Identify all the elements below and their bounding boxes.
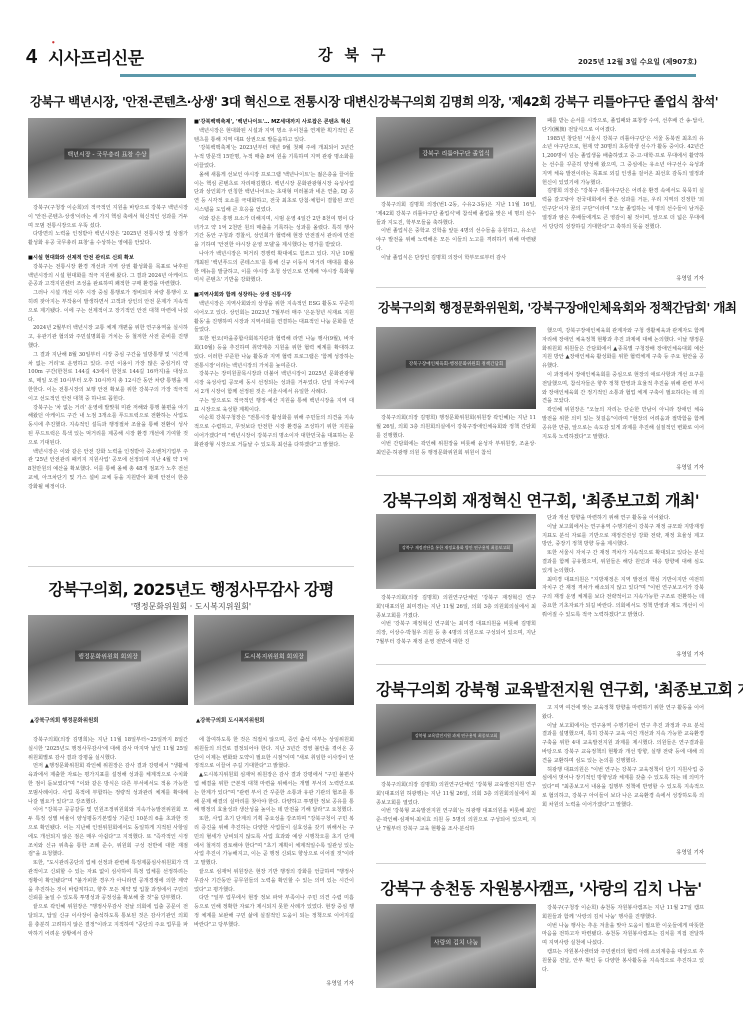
paragraph: 이날 보고회에서는 연구용역 수행기관이 연구 추진 과정과 주요 분석결과를 … [542,722,704,766]
photo-label: 행정문화위원회 회의장 [75,650,141,661]
article-disability-sports-col1: 강북구의회(의장 김명희) 행정문화위원회(위원장 곽인혜)는 지난 11월 2… [376,414,536,458]
paragraph: 캠프는 자원봉사센터와 주민센터의 협력 아래 소외계층을 대상으로 후원물품 … [542,948,704,974]
paragraph: '강북백맥축제'는 2023년부터 매년 9월 첫째 주에 개최되어 3년간 누… [194,144,354,170]
headline-education-research: 강북구의회 강북형 교육발전지원 연구회, '최종보고회 개최' [376,677,706,700]
paragraph: 강북구(구청장 이순희)의 적극적인 지원을 바탕으로 강북구 백년시장이 '안… [28,204,188,230]
photo-admin-culture-committee: 행정문화위원회 회의장 [28,615,188,705]
paragraph: 에 참여하도록 한 것은 적절치 않으며, 증인 출석 여부는 상임위원회 위원… [194,736,354,771]
paragraph: ▲도시복지위원회 심재억 위원장은 감사 결과 강평에서 "구민 불편사업 해결… [194,771,354,815]
paragraph: 곽인혜 위원장은 "오늘의 자리는 단순한 만남이 아니라 장애인 체육 발전을… [542,406,704,441]
photo-label: 백년시장 - 국무총리 표창 수상 [64,149,149,160]
paragraph: 허광행 대표의원은 "이번 연구는 강북구 교육정책이 단기 지원사업 중심에서… [542,766,704,810]
paragraph: 단과 개선 방향을 마련하기 위해 연구 활동을 이어왔다. [542,514,704,523]
paragraph: 백년시장은 이와 같은 안전 강화 노력을 인정받아 중소벤처기업부 주관 '2… [28,448,188,492]
article-market-col2: ■'강북백맥축제', '백년나이트'… MZ세대까지 사로잡은 콘텐츠 혁신 백… [194,118,354,449]
paragraph: 올해 새롭게 선보인 야시장 프로그램 '백년나이트'는 젊은층을 끌어들이는 … [194,171,354,215]
subheading: ■시설 현대화와 선제적 안전 관리로 신뢰 확보 [28,254,188,263]
photo-label: 사랑의 김치 나눔 [431,936,481,947]
photo-little-league: 강북구 리틀야구단 졸업식 [376,117,536,197]
paragraph: 끝으로 곽인혜 위원장은 "행정사무감사 전날 의회에 입출 공문이 전달되고,… [28,903,188,938]
paragraph: 또한 번오(마을종합사회복지관과 협력해 라면 나눔 행사(9월), 바자회(1… [194,335,354,370]
photo-education-report: 강북형 교육발전지원 과제 연구용역 최종보고회 [376,704,536,776]
paragraph: 했으며, 강북구장애인체육회 관계자와 구청 생활체육과 관계자도 함께 자리해… [542,327,704,371]
photo-disability-sports-meeting: 강북구장애인체육회-행정문화위원회 정책간담회 [376,327,536,409]
paragraph: 그 결과 지난해 8월 30일부터 시장 중심 구간을 일방통행 및 '시간제 … [28,351,188,404]
paragraph: 이번 나눔 행사는 추운 겨울을 맞아 도움이 필요한 이웃들에게 따뜻한 마음… [542,922,704,948]
paragraph: 고 지역 여건에 맞는 교육정책 방향을 마련하기 위한 연구 활동을 이어왔다… [542,704,704,722]
paragraph: 강북구의회(의장 김명희) 의원연구단체인 '강북형 교육발전지원 연구회'(대… [376,781,536,807]
divider [376,863,706,864]
photo-label: 강북형 교육발전지원 과제 연구용역 최종보고회 [412,732,500,740]
article-audit-col1: 강북구의회(의장 김명희)는 지난 11월 18일부터~25일까지 8일간 실시… [28,736,188,938]
photo-kimchi-sharing: 사랑의 김치 나눔 [376,904,536,988]
paragraph: 이 과정에서 장애인체육회를 중심으로 현장의 애로사항과 개선 요구를 전달했… [542,371,704,406]
headline-audit: 강북구의회, 2025년도 행정사무감사 강평 [28,577,354,600]
article-kimchi-col: 강북구(구청장 이순희) 송천동 자원봉사캠프는 지난 11월 27일 캠프 회… [542,904,704,974]
article-education-col2: 고 지역 여건에 맞는 교육정책 방향을 마련하기 위한 연구 활동을 이어왔다… [542,704,704,810]
paragraph: 구는 앞으로도 적극적인 행정·예산 지원을 통해 백년시장을 지역 대표 시장… [194,397,354,415]
paragraph: 이순희 강북구청장은 "전통시장 활성화를 위해 주민들의 의견을 지속적으로 … [194,414,354,449]
divider [376,664,706,665]
photo-label: 강북구 재정진단을 통한 재정효율화 방안 연구용역 최종보고회 [399,544,513,552]
photo-fiscal-report: 강북구 재정진단을 통한 재정효율화 방안 연구용역 최종보고회 [376,514,536,589]
byline: 유영일 기자 [300,979,354,987]
paragraph: 2024년 2월부터 백년시장 교통 체계 개편을 위한 연구용역을 실시하고,… [28,324,188,350]
paragraph: 김명희 의장은 "강북구 리틀야구단은 어려운 환경 속에서도 묵묵히 실력을 … [542,187,704,231]
page-number: 4 [26,46,37,69]
subheadline-audit: '행정문화위원회 · 도시복지위원회' [28,601,354,612]
paragraph: 강북구의회 김명희 의장(번1·2동, 수유2·3동)은 지난 11월 16일,… [376,201,536,227]
paragraph: 이번 '강북구 재정혁신 연구회'는 최미경 대표의원을 비롯해 김명희 의장,… [376,620,536,646]
paragraph: 또한, 사업 초기 단계의 기획 중요성을 강조하며 "강북구청이 구민 복리 … [194,815,354,868]
photo-market-gate: 백년시장 - 국무총리 표창 수상 [28,118,186,198]
headline-fiscal-research: 강북구의회 재정혁신 연구회, '최종보고회 개최' [376,488,706,511]
paragraph: 강북구(구청장 이순희) 송천동 자원봉사캠프는 지난 11월 27일 캠프 회… [542,904,704,922]
byline: 유영일 기자 [650,650,704,658]
paragraph: 다방면의 노력을 인정받아 백년시장은 '2025년 전통시장 및 상점가 활성… [28,230,188,248]
paragraph: 이번 '강북형 교육발전지원 연구회'는 허광행 대표의원을 비롯해 최인준·곽… [376,807,536,833]
paragraph: 강북구의회(의장 김명희)는 지난 11월 18일부터~25일까지 8일간 실시… [28,736,188,762]
photo-label: 강북구 리틀야구단 졸업식 [419,148,493,159]
paragraph: 강북구의회(의장 김명희) 행정문화위원회(위원장 곽인혜)는 지난 11월 2… [376,414,536,440]
divider [376,475,706,476]
paragraph: 강북구는 장미원골목시장과 더불어 백년시장이 2025년 문화관광형시장 육성… [194,370,354,396]
paragraph: 백년시장은 지역사회와의 상생을 위한 지속적인 ESG 활동도 꾸준히 이어오… [194,300,354,335]
byline: 유영일 기자 [650,463,704,471]
photo-caption: ▲강북구의회 행정문화위원회 [30,716,99,724]
divider [376,287,706,288]
paragraph: 이날 보고회에서는 연구용역 수행기관이 강북구 재정 규모와 지방재정지표도 … [542,523,704,549]
article-audit-col2: 에 참여하도록 한 것은 적절치 않으며, 증인 출석 여부는 상임위원회 위원… [194,736,354,930]
paragraph: 패를 받는 순서를 시작으로, 졸업패와 표창장 수여, 선후배 간 송·답사,… [542,117,704,135]
divider [28,566,354,567]
paragraph: 강북구는 '차 없는 거리' 운영에 발맞춰 미관 저해와 통행 불편을 야기해… [28,404,188,448]
byline: 유영일 기자 [650,848,704,856]
subheading: ■지역사회와 함께 성장하는 상생 전통시장 [194,291,354,300]
article-fiscal-col2: 단과 개선 방향을 마련하기 위해 연구 활동을 이어왔다. 이날 보고회에서는… [542,514,704,620]
paragraph: 강북구는 전통시장 환경 개선과 지역 상권 활성화를 목표로 낙후된 백년시장… [28,263,188,289]
article-education-col1: 강북구의회(의장 김명희) 의원연구단체인 '강북형 교육발전지원 연구회'(대… [376,781,536,834]
paragraph: 최미경 대표의원은 "지방재정은 지역 발전의 핵심 기반이지만 여전히 자치구… [542,576,704,620]
issue-date: 2025년 12월 3일 수요일 (제907호) [578,57,697,67]
paragraph: 또한 서울시 자치구 간 재정 격차가 지속적으로 확대되고 있다는 분석 결과… [542,549,704,575]
headline-disability-sports: 강북구의회 행정문화위원회, '강북구장애인체육회와 정책간담회' 개최 [378,298,736,316]
paragraph: 또한, "도시관리공단의 업체 선정과 관련해 특정제품심사위원회가 객관적이고… [28,859,188,903]
byline: 유영일 기자 [650,274,704,282]
article-little-league-col2: 패를 받는 순서를 시작으로, 졸업패와 표창장 수여, 선후배 간 송·답사,… [542,117,704,231]
masthead: 4 ● 시사프리신문 강북구 2025년 12월 3일 수요일 (제907호) [0,0,743,90]
headline-kimchi-sharing: 강북구 송천동 자원봉사캠프, '사랑의 김치 나눔' [376,876,706,899]
section-title: 강북구 [318,44,397,65]
paragraph: 백년시장은 현대화된 시설과 지역 명소 우이천을 연계한 획기적인 콘텐츠를 … [194,127,354,145]
article-fiscal-col1: 강북구의회(의장 김명희) 의원연구단체인 '강북구 재정혁신 연구회'(대표의… [376,594,536,647]
paragraph: 이어 "강북구 공공갈등 및 민원조정위원회와 지속가능발전위원회 모두 특정 … [28,806,188,859]
paragraph: 이번 졸업식은 중학교 진학을 앞둔 4명의 선수들을 응원하고, 유소년 야구… [376,227,536,253]
paragraph: 이날 졸업식은 단장인 김명희 의장이 학부모로부터 감사 [376,254,536,263]
article-disability-sports-col2: 했으며, 강북구장애인체육회 관계자와 구청 생활체육과 관계자도 함께 자리해… [542,327,704,441]
paragraph: 이와 같은 흥행 요소가 더해지며, 시범 운영 4일간 2만 8천여 명이 다… [194,215,354,250]
photo-label: 강북구장애인체육회-행정문화위원회 정책간담회 [406,360,506,368]
article-market-col1: 강북구(구청장 이순희)의 적극적인 지원을 바탕으로 강북구 백년시장이 '안… [28,204,188,492]
paragraph: 1985년 창단된 '서울시 강북구 리틀야구단'은 서울 동북권 최초의 유소… [542,135,704,188]
paragraph: 그러나 시설 개선 이후 시장 중심 통행로가 정비되자 차량 통행이 오히려 … [28,289,188,324]
newspaper-logo: 시사프리신문 [48,44,144,69]
subheading: ■'강북백맥축제', '백년나이트'… MZ세대까지 사로잡은 콘텐츠 혁신 [194,118,354,127]
headline-market: 강북구 백년시장, '안전·콘텐츠·상생' 3대 혁신으로 전통시장 대변신 [30,92,378,110]
headline-little-league: 강북구의회 김명희 의장, '제42회 강북구 리틀야구단 졸업식 참석' [378,92,718,110]
paragraph: 이번 간담회에는 곽인혜 위원장을 비롯해 윤성자 부위원장, 조윤상·최인준·… [376,440,536,458]
paragraph: 강북구의회(의장 김명희) 의원연구단체인 '강북구 재정혁신 연구회'(대표의… [376,594,536,620]
photo-label: 도시복지위원회 회의장 [241,650,307,661]
article-little-league-col1: 강북구의회 김명희 의장(번1·2동, 수유2·3동)은 지난 11월 16일,… [376,201,536,263]
paragraph: 다만 "일부 업무에서 현장 정보 파악 부족이나 주민 의견 수렴 미흡 등으… [194,894,354,929]
paragraph: 먼저 ▲행정문화위원회 곽인혜 위원장은 감사 결과 강평에서 "생활체육과에서… [28,762,188,806]
paragraph: 나아가 백년시장은 먹거리 경쟁력 확대에도 힘쓰고 있다. 지난 10월 개최… [194,250,354,285]
paragraph: 끝으로 심재억 위원장은 현장 기반 행정의 강화를 언급하며 "행정사무감사 … [194,868,354,894]
photo-urban-welfare-committee: 도시복지위원회 회의장 [194,615,354,705]
masthead-rule [120,74,696,77]
photo-caption: ▲강북구의회 도시복지위원회 [196,716,265,724]
